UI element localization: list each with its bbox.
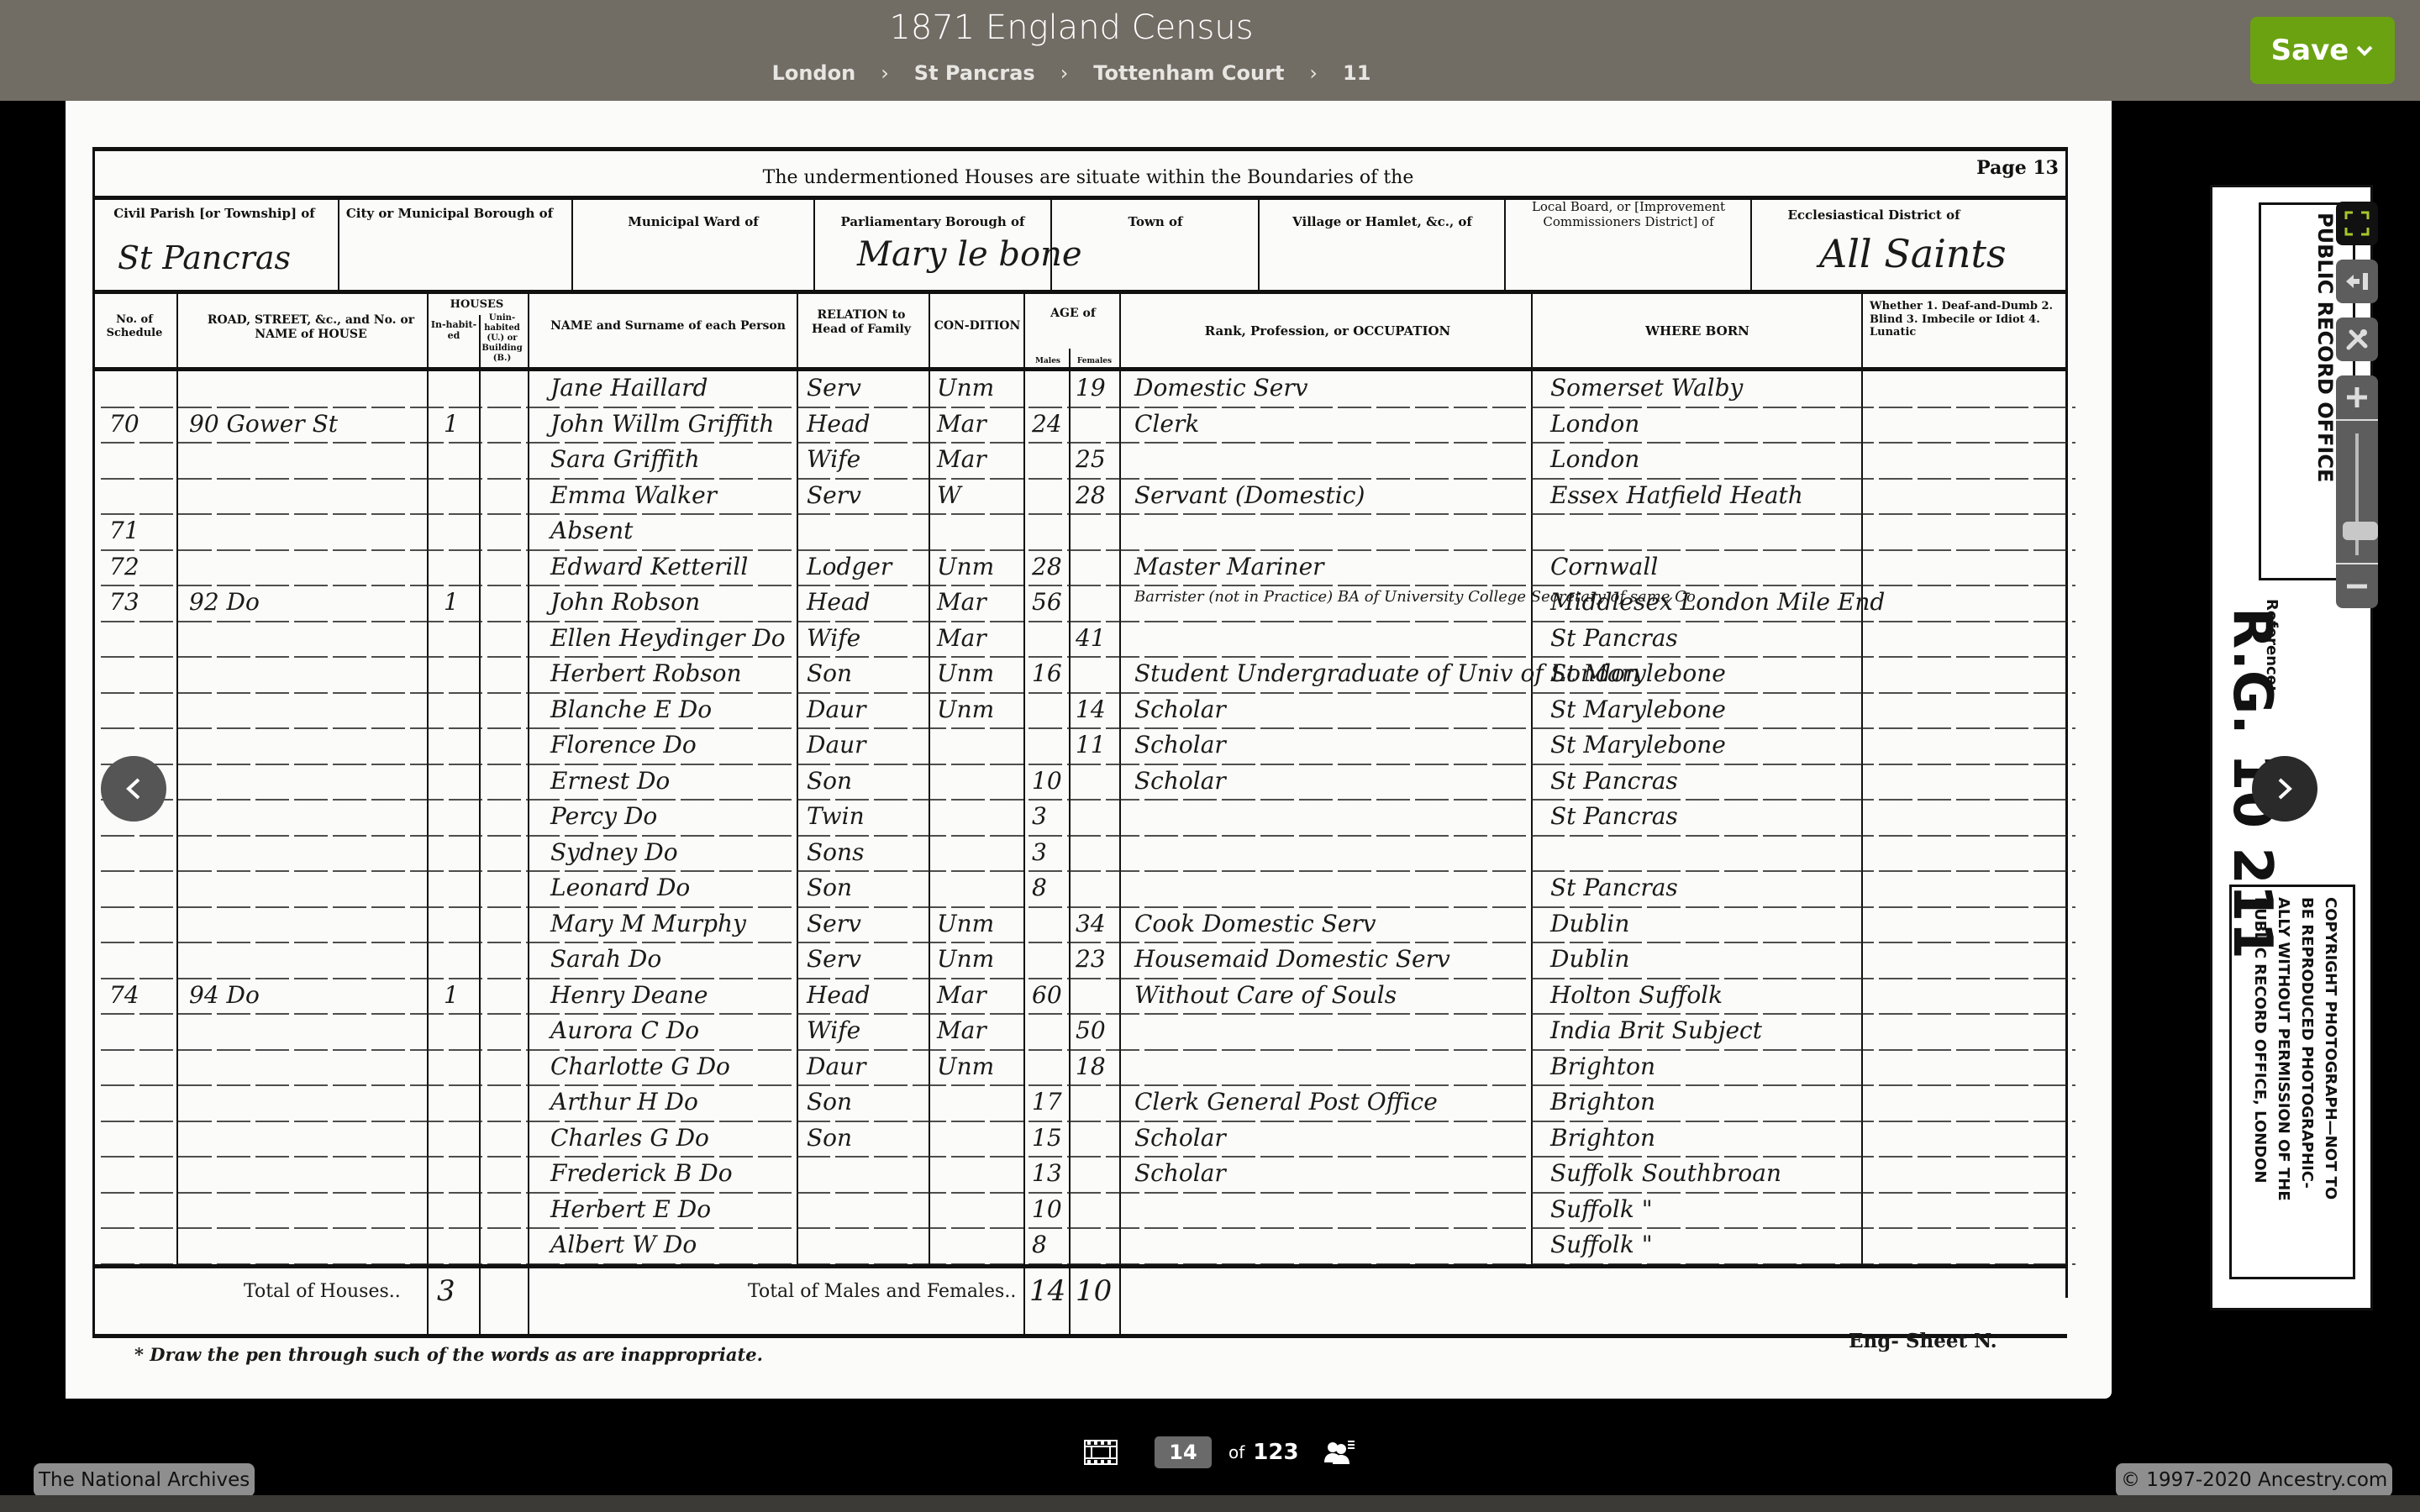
schedule-cell: 71 [109, 517, 139, 544]
name-cell: Florence Do [550, 731, 697, 759]
occupation-cell: Scholar [1134, 1124, 1226, 1152]
page-title: 1871 England Census [0, 8, 2143, 47]
row-rule [101, 513, 2075, 515]
divider [1023, 291, 1025, 1337]
viewer-toolbar [2336, 202, 2378, 608]
condition-cell: Mar [937, 624, 986, 652]
row-rule [101, 799, 2075, 801]
name-cell: Blanche E Do [550, 696, 712, 723]
female-age-cell: 25 [1076, 445, 1106, 473]
where-born-cell: Suffolk " [1550, 1195, 1653, 1223]
occupation-cell: Scholar [1134, 731, 1226, 759]
sheet-label: Eng- Sheet N. [1849, 1330, 1997, 1352]
row-rule [101, 1192, 2075, 1194]
image-pager: 14 of 123 [1084, 1436, 1356, 1468]
name-cell: Ellen Heydinger Do [550, 624, 786, 652]
where-born-cell: St Pancras [1550, 802, 1678, 830]
breadcrumb-tottenham-court[interactable]: Tottenham Court [1093, 61, 1284, 85]
male-age-cell: 13 [1032, 1159, 1062, 1187]
inhabited-header: In-habit-ed [429, 319, 479, 341]
breadcrumb-london[interactable]: London [772, 61, 856, 85]
footnote: * Draw the pen through such of the words… [134, 1344, 763, 1365]
divider [1504, 197, 1506, 291]
male-age-cell: 10 [1032, 1195, 1062, 1223]
name-cell: Edward Ketterill [550, 553, 748, 580]
inhabited-cell: 1 [444, 981, 459, 1009]
civil-parish-header: Civil Parish [or Township] of [92, 206, 336, 221]
local-board-header: Local Board, or [Improvement Commissione… [1511, 199, 1746, 229]
relation-cell: Son [807, 659, 852, 687]
relation-cell: Serv [807, 374, 861, 402]
relation-cell: Serv [807, 945, 861, 973]
condition-cell: Unm [937, 910, 994, 937]
divider [479, 315, 481, 1337]
female-age-cell: 50 [1076, 1016, 1106, 1044]
condition-cell: Mar [937, 1016, 986, 1044]
total-males: 14 [1029, 1274, 1065, 1308]
next-image-button[interactable] [2252, 756, 2317, 822]
divider [1069, 349, 1071, 1337]
copyright-credit: © 1997-2020 Ancestry.com [2116, 1463, 2392, 1497]
breadcrumb-st-pancras[interactable]: St Pancras [914, 61, 1035, 85]
occupation-cell: Scholar [1134, 767, 1226, 795]
relation-cell: Serv [807, 481, 861, 509]
relation-cell: Head [807, 410, 871, 438]
inhabited-cell: 1 [444, 410, 459, 438]
condition-cell: Mar [937, 445, 986, 473]
name-cell: Absent [550, 517, 633, 544]
female-age-cell: 41 [1076, 624, 1106, 652]
rule [92, 1264, 2067, 1268]
collapse-panel-icon [2344, 270, 2370, 292]
row-rule [101, 978, 2075, 979]
road-cell: 94 Do [189, 981, 260, 1009]
relation-cell: Serv [807, 910, 861, 937]
inhabited-cell: 1 [444, 588, 459, 616]
where-born-cell: India Brit Subject [1550, 1016, 1762, 1044]
row-rule [101, 656, 2075, 658]
row-rule [101, 1227, 2075, 1229]
road-header: ROAD, STREET, &c., and No. or NAME of HO… [185, 313, 437, 342]
rule [92, 1334, 2067, 1338]
relation-cell: Wife [807, 445, 860, 473]
divider [528, 291, 529, 1337]
name-cell: Mary M Murphy [550, 910, 746, 937]
zoom-control [2336, 375, 2378, 608]
male-age-cell: 10 [1032, 767, 1062, 795]
copyright-line: COPYRIGHT PHOTOGRAPH—NOT TO [2322, 897, 2339, 1200]
name-cell: Herbert E Do [550, 1195, 711, 1223]
where-born-cell: Middlesex London Mile End [1550, 588, 1885, 616]
chevron-right-icon [2275, 777, 2295, 801]
condition-cell: Mar [937, 588, 986, 616]
relation-cell: Lodger [807, 553, 892, 580]
save-label: Save [2271, 34, 2349, 67]
female-age-cell: 23 [1076, 945, 1106, 973]
row-rule [101, 1121, 2075, 1122]
male-age-cell: 16 [1032, 659, 1062, 687]
breadcrumb-separator: › [1060, 61, 1069, 85]
total-houses-value: 3 [437, 1274, 455, 1308]
relation-cell: Wife [807, 624, 860, 652]
row-rule [101, 621, 2075, 622]
name-cell: Sara Griffith [550, 445, 700, 473]
row-rule [101, 870, 2075, 872]
zoom-slider[interactable] [2336, 419, 2378, 564]
breadcrumb: London › St Pancras › Tottenham Court › … [0, 61, 2143, 85]
divider [1750, 197, 1752, 291]
row-rule [101, 1013, 2075, 1015]
image-viewer[interactable]: The undermentioned Houses are situate wi… [0, 101, 2420, 1512]
females-header: Females [1071, 357, 1118, 366]
where-born-cell: St Marylebone [1550, 659, 1726, 687]
name-cell: Ernest Do [550, 767, 670, 795]
male-age-cell: 3 [1032, 838, 1047, 866]
condition-cell: Unm [937, 945, 994, 973]
office-label: PUBLIC RECORD OFFICE [2313, 213, 2337, 482]
current-image-input[interactable]: 14 [1155, 1436, 1212, 1468]
fullscreen-button[interactable] [2336, 202, 2378, 245]
relation-cell: Daur [807, 1053, 866, 1080]
occupation-cell: Clerk [1134, 410, 1199, 438]
schedule-cell: 73 [109, 588, 139, 616]
ecclesiastical-value: All Saints [1819, 231, 2007, 276]
condition-cell: W [937, 481, 961, 509]
relation-cell: Son [807, 874, 852, 901]
parl-borough-header: Parliamentary Borough of [819, 214, 1046, 229]
row-rule [101, 692, 2075, 694]
name-cell: John Robson [550, 588, 700, 616]
copyright-line: ALLY WITHOUT PERMISSION OF THE [2275, 897, 2292, 1201]
where-born-cell: Suffolk " [1550, 1231, 1653, 1258]
relation-cell: Son [807, 1124, 852, 1152]
male-age-cell: 8 [1032, 874, 1047, 901]
copyright-line: PUBLIC RECORD OFFICE, LONDON [2251, 897, 2269, 1184]
where-born-header: WHERE BORN [1538, 323, 1857, 339]
wrench-hammer-icon [2344, 327, 2370, 352]
parl-borough-value: Mary le bone [857, 235, 1082, 274]
row-rule [101, 1049, 2075, 1051]
relation-cell: Daur [807, 696, 866, 723]
name-cell: Frederick B Do [550, 1159, 733, 1187]
divider [427, 291, 429, 1337]
occupation-cell: Housemaid Domestic Serv [1134, 945, 1450, 973]
where-born-cell: London [1550, 410, 1639, 438]
boundaries-banner: The undermentioned Houses are situate wi… [92, 167, 2084, 188]
zoom-slider-handle[interactable] [2343, 522, 2378, 540]
filmstrip-icon[interactable] [1084, 1440, 1118, 1465]
zoom-out-button[interactable] [2336, 564, 2378, 608]
name-cell: Sarah Do [550, 945, 661, 973]
where-born-cell: Cornwall [1550, 553, 1658, 580]
row-rule [101, 585, 2075, 586]
male-age-cell: 60 [1032, 981, 1062, 1009]
schedule-cell: 70 [109, 410, 139, 438]
name-cell: Herbert Robson [550, 659, 742, 687]
relation-cell: Son [807, 1088, 852, 1116]
ward-header: Municipal Ward of [580, 214, 807, 229]
condition-header: CON-DITION [931, 319, 1023, 333]
bottom-strip [0, 1495, 2420, 1512]
where-born-cell: Brighton [1550, 1053, 1655, 1080]
civil-parish-value: St Pancras [118, 239, 291, 276]
where-born-cell: St Pancras [1550, 874, 1678, 901]
where-born-cell: Brighton [1550, 1088, 1655, 1116]
breadcrumb-separator: › [881, 61, 889, 85]
row-rule [101, 442, 2075, 444]
collapse-panel-button[interactable] [2336, 260, 2378, 303]
frame-right [2065, 147, 2068, 1298]
people-index-icon[interactable] [1323, 1439, 1356, 1466]
divider [1050, 197, 1052, 291]
tools-button[interactable] [2336, 318, 2378, 361]
relation-cell: Twin [807, 802, 865, 830]
condition-cell: Unm [937, 553, 994, 580]
top-header: 1871 England Census London › St Pancras … [0, 0, 2420, 101]
uninhabited-header: Unin-habited (U.) or Building (B.) [479, 313, 525, 364]
row-rule [101, 727, 2075, 729]
infirmity-header: Whether 1. Deaf-and-Dumb 2. Blind 3. Imb… [1870, 300, 2063, 339]
where-born-cell: Dublin [1550, 910, 1629, 937]
where-born-cell: St Marylebone [1550, 731, 1726, 759]
condition-cell: Mar [937, 981, 986, 1009]
breadcrumb-separator: › [1309, 61, 1318, 85]
schedule-cell: 72 [109, 553, 139, 580]
male-age-cell: 8 [1032, 1231, 1047, 1258]
rule [92, 367, 2067, 371]
where-born-cell: St Pancras [1550, 767, 1678, 795]
road-cell: 90 Gower St [189, 410, 338, 438]
divider [571, 197, 573, 291]
name-cell: John Willm Griffith [550, 410, 774, 438]
male-age-cell: 24 [1032, 410, 1062, 438]
relation-cell: Head [807, 981, 871, 1009]
name-cell: Percy Do [550, 802, 657, 830]
male-age-cell: 15 [1032, 1124, 1062, 1152]
name-cell: Aurora C Do [550, 1016, 699, 1044]
male-age-cell: 3 [1032, 802, 1047, 830]
row-rule [101, 549, 2075, 551]
occupation-cell: Domestic Serv [1134, 374, 1308, 402]
occupation-cell: Clerk General Post Office [1134, 1088, 1438, 1116]
relation-cell: Daur [807, 731, 866, 759]
name-header: NAME and Surname of each Person [538, 319, 798, 333]
row-rule [101, 1156, 2075, 1158]
ecclesiastical-header: Ecclesiastical District of [1756, 207, 1991, 223]
name-cell: Charles G Do [550, 1124, 709, 1152]
divider [338, 197, 339, 291]
female-age-cell: 28 [1076, 481, 1106, 509]
schedule-cell: 74 [109, 981, 139, 1009]
fullscreen-icon [2344, 211, 2370, 236]
name-cell: Arthur H Do [550, 1088, 698, 1116]
where-born-cell: Brighton [1550, 1124, 1655, 1152]
name-cell: Henry Deane [550, 981, 708, 1009]
census-sheet: The undermentioned Houses are situate wi… [92, 147, 2084, 1382]
where-born-cell: Holton Suffolk [1550, 981, 1723, 1009]
save-button[interactable]: Save [2250, 17, 2395, 84]
previous-image-button[interactable] [101, 756, 166, 822]
relation-header: RELATION to Head of Family [798, 308, 924, 337]
name-cell: Leonard Do [550, 874, 690, 901]
relation-cell: Son [807, 767, 852, 795]
total-persons-label: Total of Males and Females.. [748, 1281, 1016, 1302]
occupation-header: Rank, Profession, or OCCUPATION [1126, 323, 1529, 339]
name-cell: Jane Haillard [550, 374, 708, 402]
where-born-cell: St Marylebone [1550, 696, 1726, 723]
condition-cell: Unm [937, 1053, 994, 1080]
chevron-down-icon [2355, 44, 2374, 57]
condition-cell: Unm [937, 374, 994, 402]
occupation-cell: Master Mariner [1134, 553, 1324, 580]
row-rule [101, 1084, 2075, 1086]
rule [92, 196, 2067, 200]
town-header: Town of [1059, 214, 1252, 229]
relation-cell: Head [807, 588, 871, 616]
row-rule [101, 407, 2075, 408]
page-number: Page 13 [1976, 157, 2059, 179]
female-age-cell: 18 [1076, 1053, 1106, 1080]
breadcrumb-district-11: 11 [1343, 61, 1370, 85]
row-rule [101, 942, 2075, 943]
occupation-cell: Without Care of Souls [1134, 981, 1397, 1009]
relation-cell: Sons [807, 838, 864, 866]
males-header: Males [1027, 357, 1069, 366]
name-cell: Emma Walker [550, 481, 717, 509]
where-born-cell: Suffolk Southbroan [1550, 1159, 1781, 1187]
frame-top [92, 147, 2067, 151]
plus-icon [2345, 386, 2369, 409]
minus-icon [2345, 575, 2369, 598]
female-age-cell: 34 [1076, 910, 1106, 937]
where-born-cell: London [1550, 445, 1639, 473]
where-born-cell: St Pancras [1550, 624, 1678, 652]
copyright-line: BE REPRODUCED PHOTOGRAPHIC- [2298, 897, 2316, 1189]
divider [1258, 197, 1260, 291]
row-rule [101, 764, 2075, 765]
occupation-cell: Scholar [1134, 1159, 1226, 1187]
divider [813, 197, 815, 291]
name-cell: Sydney Do [550, 838, 678, 866]
condition-cell: Unm [937, 696, 994, 723]
frame-left [92, 147, 95, 1336]
row-rule [101, 906, 2075, 908]
row-rule [101, 478, 2075, 480]
condition-cell: Mar [937, 410, 986, 438]
road-cell: 92 Do [189, 588, 260, 616]
chevron-left-icon [124, 777, 144, 801]
male-age-cell: 17 [1032, 1088, 1062, 1116]
female-age-cell: 19 [1076, 374, 1106, 402]
total-images: 123 [1253, 1440, 1298, 1465]
total-houses-label: Total of Houses.. [244, 1281, 401, 1302]
schedule-header: No. of Schedule [97, 313, 172, 339]
where-born-cell: Essex Hatfield Heath [1550, 481, 1803, 509]
occupation-cell: Cook Domestic Serv [1134, 910, 1376, 937]
female-age-cell: 11 [1076, 731, 1106, 759]
occupation-cell: Scholar [1134, 696, 1226, 723]
age-header: AGE of [1027, 307, 1119, 321]
name-cell: Charlotte G Do [550, 1053, 730, 1080]
female-age-cell: 14 [1076, 696, 1106, 723]
where-born-cell: Somerset Walby [1550, 374, 1743, 402]
name-cell: Albert W Do [550, 1231, 697, 1258]
houses-header: HOUSES [429, 298, 525, 312]
village-header: Village or Hamlet, &c., of [1265, 214, 1500, 229]
male-age-cell: 56 [1032, 588, 1062, 616]
city-header: City or Municipal Borough of [345, 206, 555, 221]
zoom-in-button[interactable] [2336, 375, 2378, 419]
condition-cell: Unm [937, 659, 994, 687]
rule [92, 290, 2067, 294]
occupation-cell: Servant (Domestic) [1134, 481, 1365, 509]
row-rule [101, 835, 2075, 837]
divider [1119, 291, 1121, 1337]
total-females: 10 [1076, 1274, 1112, 1308]
relation-cell: Wife [807, 1016, 860, 1044]
where-born-cell: Dublin [1550, 945, 1629, 973]
male-age-cell: 28 [1032, 553, 1062, 580]
of-label: of [1228, 1442, 1244, 1462]
census-page-image: The undermentioned Houses are situate wi… [66, 101, 2112, 1399]
source-credit: The National Archives [34, 1463, 255, 1497]
